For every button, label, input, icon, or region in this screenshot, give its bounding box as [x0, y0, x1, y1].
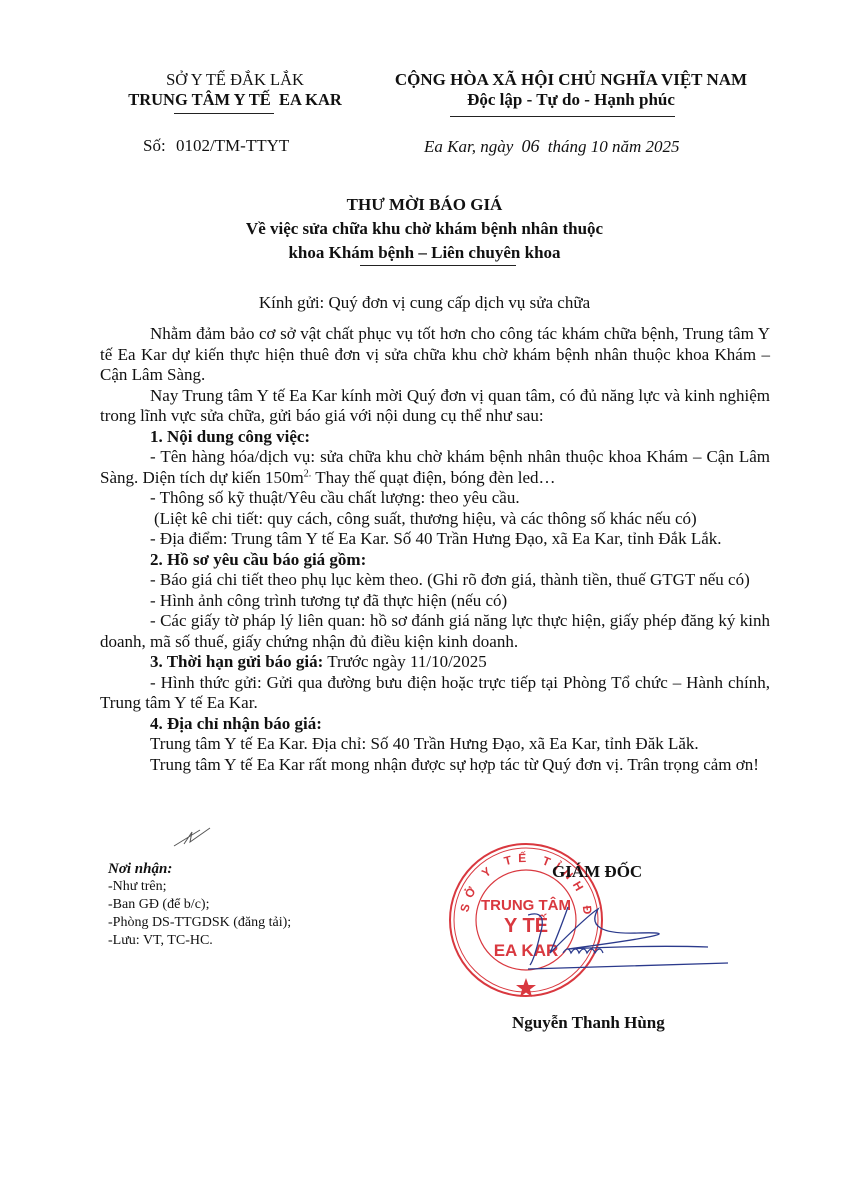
goods-item: - Tên hàng hóa/dịch vụ: sửa chữa khu chờ…: [100, 447, 770, 488]
recipient-item: -Ban GĐ (để b/c);: [108, 896, 291, 914]
specs-note: (Liệt kê chi tiết: quy cách, công suất, …: [100, 509, 770, 530]
motto-underline: [450, 116, 675, 117]
initials-signature-icon: [170, 822, 220, 852]
section-1-heading: 1. Nội dung công việc:: [100, 427, 770, 448]
section-4-heading: 4. Địa chỉ nhận báo giá:: [100, 714, 770, 735]
title-underline: [360, 265, 516, 266]
signatory-title: GIÁM ĐỐC: [552, 862, 642, 882]
recipient-item: -Phòng DS-TTGDSK (đăng tải);: [108, 914, 291, 932]
date-suffix: tháng 10 năm 2025: [548, 137, 680, 156]
location-item: - Địa điểm: Trung tâm Y tế Ea Kar. Số 40…: [100, 529, 770, 550]
signatory-name: Nguyễn Thanh Hùng: [512, 1013, 665, 1033]
deadline: Trước ngày 11/10/2025: [323, 652, 487, 671]
legal-item: - Các giấy tờ pháp lý liên quan: hồ sơ đ…: [100, 611, 770, 652]
document-number: Số: 0102/TM-TTYT: [143, 136, 289, 156]
recipient-item: -Như trên;: [108, 878, 291, 896]
subject-line-1: Về việc sửa chữa khu chờ khám bệnh nhân …: [0, 217, 849, 241]
addressee: Kính gửi: Quý đơn vị cung cấp dịch vụ sử…: [0, 293, 849, 313]
closing: Trung tâm Y tế Ea Kar rất mong nhận được…: [100, 755, 770, 776]
doc-number-label: Số:: [143, 136, 166, 155]
date-prefix: Ea Kar, ngày: [424, 137, 513, 156]
republic-title: CỘNG HÒA XÃ HỘI CHỦ NGHĨA VIỆT NAM: [366, 70, 776, 90]
agency-name: TRUNG TÂM Y TẾ EA KAR: [100, 90, 370, 110]
intro-paragraph-1: Nhằm đảm bảo cơ sở vật chất phục vụ tốt …: [100, 324, 770, 386]
national-motto: Độc lập - Tự do - Hạnh phúc: [366, 90, 776, 110]
title-block: THƯ MỜI BÁO GIÁ Về việc sửa chữa khu chờ…: [0, 193, 849, 265]
recipient-item: -Lưu: VT, TC-HC.: [108, 932, 291, 950]
document-date: Ea Kar, ngày 06 tháng 10 năm 2025: [424, 136, 680, 157]
section-3-heading: 3. Thời hạn gửi báo giá:: [150, 652, 323, 671]
address: Trung tâm Y tế Ea Kar. Địa chỉ: Số 40 Tr…: [100, 734, 770, 755]
recipients-label: Nơi nhận:: [108, 860, 291, 878]
agency-underline: [174, 113, 274, 114]
national-header: CỘNG HÒA XÃ HỘI CHỦ NGHĨA VIỆT NAM Độc l…: [366, 70, 776, 110]
intro-paragraph-2: Nay Trung tâm Y tế Ea Kar kính mời Quý đ…: [100, 386, 770, 427]
section-2-heading: 2. Hồ sơ yêu cầu báo giá gồm:: [100, 550, 770, 571]
specs-item: - Thông số kỹ thuật/Yêu cầu chất lượng: …: [100, 488, 770, 509]
letter-body: Nhằm đảm bảo cơ sở vật chất phục vụ tốt …: [100, 324, 770, 775]
handwritten-signature-icon: [528, 905, 728, 975]
section-3: 3. Thời hạn gửi báo giá: Trước ngày 11/1…: [100, 652, 770, 673]
agency-header: SỞ Y TẾ ĐẮK LẮK TRUNG TÂM Y TẾ EA KAR: [100, 70, 370, 110]
date-day: 06: [522, 136, 540, 156]
subject-line-2: khoa Khám bệnh – Liên chuyên khoa: [0, 241, 849, 265]
quote-item: - Báo giá chi tiết theo phụ lục kèm theo…: [100, 570, 770, 591]
images-item: - Hình ảnh công trình tương tự đã thực h…: [100, 591, 770, 612]
method-item: - Hình thức gửi: Gửi qua đường bưu điện …: [100, 673, 770, 714]
document-title: THƯ MỜI BÁO GIÁ: [0, 193, 849, 217]
agency-parent: SỞ Y TẾ ĐẮK LẮK: [100, 70, 370, 90]
recipients-block: Nơi nhận: -Như trên; -Ban GĐ (để b/c); -…: [108, 860, 291, 950]
doc-number-value: 0102/TM-TTYT: [176, 136, 289, 155]
